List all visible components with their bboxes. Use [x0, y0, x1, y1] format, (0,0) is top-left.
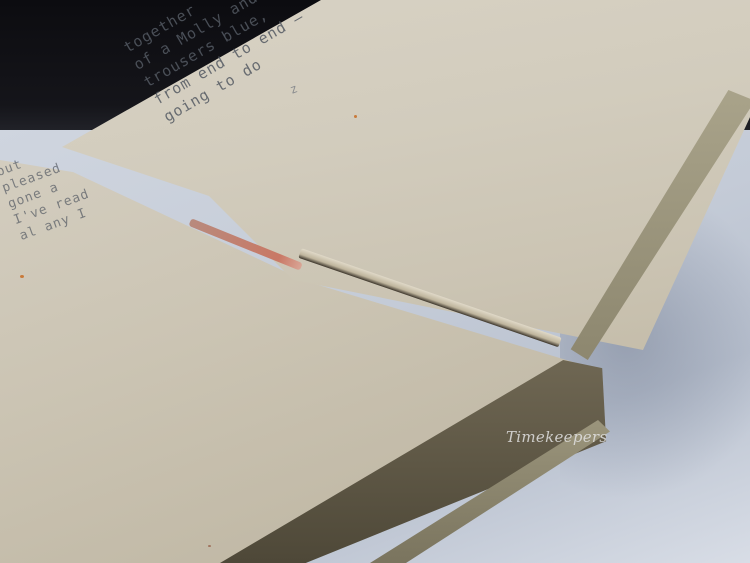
- page-foxing-spot: [20, 275, 24, 278]
- page-foxing-spot: [354, 115, 357, 118]
- watermark-text: Timekeepers: [506, 428, 607, 446]
- photo-scene: together of a Molly and Mark trousers bl…: [0, 0, 750, 563]
- page-foxing-spot: [208, 545, 211, 547]
